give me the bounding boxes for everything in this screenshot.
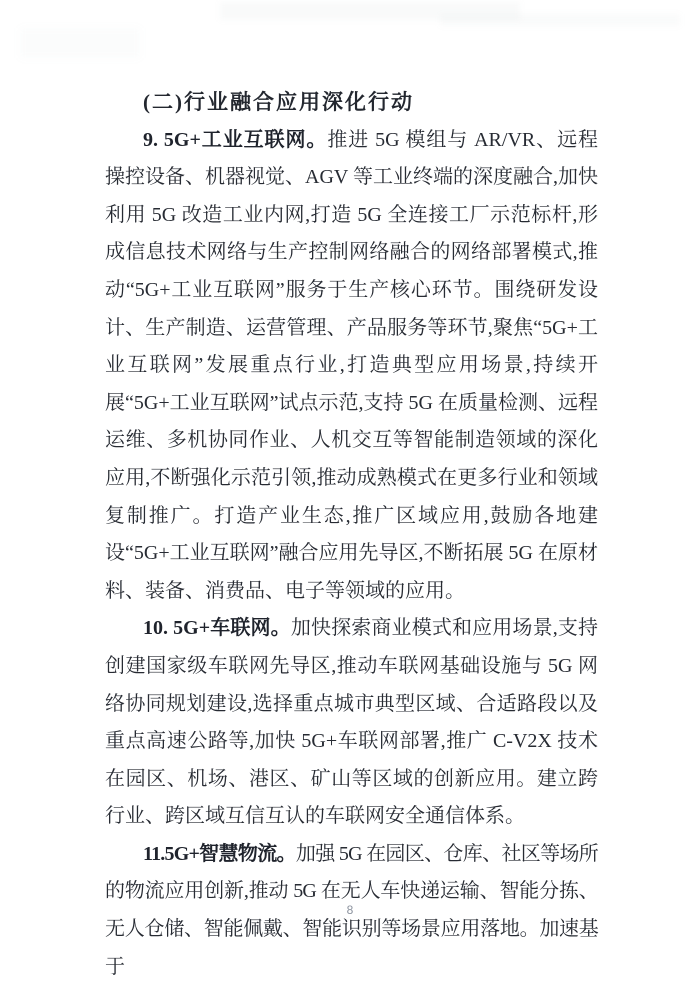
scan-smudge (20, 28, 140, 58)
document-page: (二)行业融合应用深化行动 9. 5G+工业互联网。推进 5G 模组与 AR/V… (0, 0, 700, 993)
document-body: (二)行业融合应用深化行动 9. 5G+工业互联网。推进 5G 模组与 AR/V… (105, 84, 598, 986)
paragraph-9-lead: 9. 5G+工业互联网。 (143, 129, 327, 151)
paragraph-10-lead: 10. 5G+车联网。 (143, 617, 291, 639)
section-heading: (二)行业融合应用深化行动 (105, 84, 598, 122)
paragraph-5g-industrial-internet: 9. 5G+工业互联网。推进 5G 模组与 AR/VR、远程操控设备、机器视觉、… (105, 122, 598, 611)
paragraph-11-lead: 11.5G+智慧物流。 (143, 843, 296, 865)
paragraph-10-text: 加快探索商业模式和应用场景,支持创建国家级车联网先导区,推动车联网基础设施与 5… (105, 617, 598, 827)
page-number: 8 (0, 903, 700, 917)
scan-smudge (440, 14, 680, 26)
paragraph-5g-vehicle-network: 10. 5G+车联网。加快探索商业模式和应用场景,支持创建国家级车联网先导区,推… (105, 610, 598, 836)
paragraph-9-text: 推进 5G 模组与 AR/VR、远程操控设备、机器视觉、AGV 等工业终端的深度… (105, 129, 598, 602)
